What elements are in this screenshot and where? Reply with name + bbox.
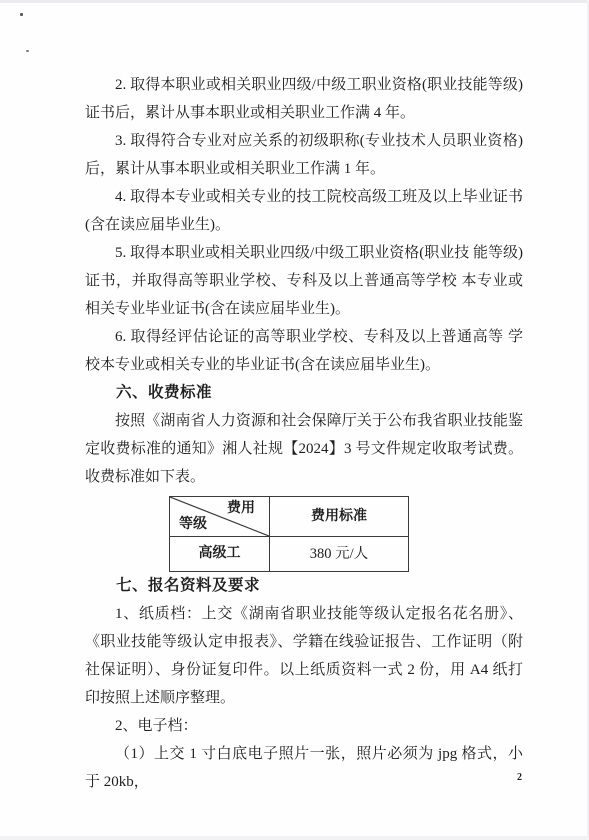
cell-level-value: 高级工 bbox=[170, 537, 270, 572]
scan-speck bbox=[26, 50, 29, 52]
corner-label-level: 等级 bbox=[179, 518, 207, 532]
paragraph-paper-docs: 1、纸质档：上交《湖南省职业技能等级认定报名花名册》、《职业技能等级认定申报表》… bbox=[85, 600, 523, 712]
document-page: 2. 取得本职业或相关职业四级/中级工职业资格(职业技能等级)证书后，累计从事本… bbox=[0, 0, 589, 840]
paragraph-item-3: 3. 取得符合专业对应关系的初级职称(专业技术人员职业资格)后，累计从事本职业或… bbox=[85, 127, 523, 183]
section-heading-application: 七、报名资料及要求 bbox=[85, 572, 523, 600]
section-heading-fees: 六、收费标准 bbox=[85, 379, 523, 407]
paragraph-fee-intro: 按照《湖南省人力资源和社会保障厅关于公布我省职业技能鉴定收费标准的通知》湘人社规… bbox=[85, 407, 523, 491]
table-row: 高级工 380 元/人 bbox=[170, 537, 409, 572]
scan-edge-bottom bbox=[0, 836, 589, 840]
paragraph-item-5: 5. 取得本职业或相关职业四级/中级工职业资格(职业技 能等级)证书，并取得高等… bbox=[85, 239, 523, 323]
paragraph-item-4: 4. 取得本专业或相关专业的技工院校高级工班及以上毕业证书(含在读应届毕业生)。 bbox=[85, 183, 523, 239]
scan-speck bbox=[20, 13, 23, 16]
fee-table-corner-cell: 费用 等级 bbox=[170, 497, 270, 537]
paragraph-electronic-docs: 2、电子档： bbox=[85, 712, 523, 740]
scan-edge-top bbox=[0, 0, 589, 3]
cell-fee-value: 380 元/人 bbox=[270, 537, 409, 572]
document-body: 2. 取得本职业或相关职业四级/中级工职业资格(职业技能等级)证书后，累计从事本… bbox=[85, 71, 523, 796]
paragraph-photo-requirement: （1）上交 1 寸白底电子照片一张，照片必须为 jpg 格式，小于 20kb， bbox=[85, 740, 523, 796]
page-number: 2 bbox=[517, 772, 522, 783]
corner-label-fee: 费用 bbox=[227, 502, 255, 516]
paragraph-item-2: 2. 取得本职业或相关职业四级/中级工职业资格(职业技能等级)证书后，累计从事本… bbox=[85, 71, 523, 127]
table-header-row: 费用 等级 费用标准 bbox=[170, 497, 409, 537]
paragraph-item-6: 6. 取得经评估论证的高等职业学校、专科及以上普通高等 学校本专业或相关专业的毕… bbox=[85, 323, 523, 379]
fee-standard-table: 费用 等级 费用标准 高级工 380 元/人 bbox=[169, 496, 409, 572]
column-header-fee-standard: 费用标准 bbox=[270, 497, 409, 537]
